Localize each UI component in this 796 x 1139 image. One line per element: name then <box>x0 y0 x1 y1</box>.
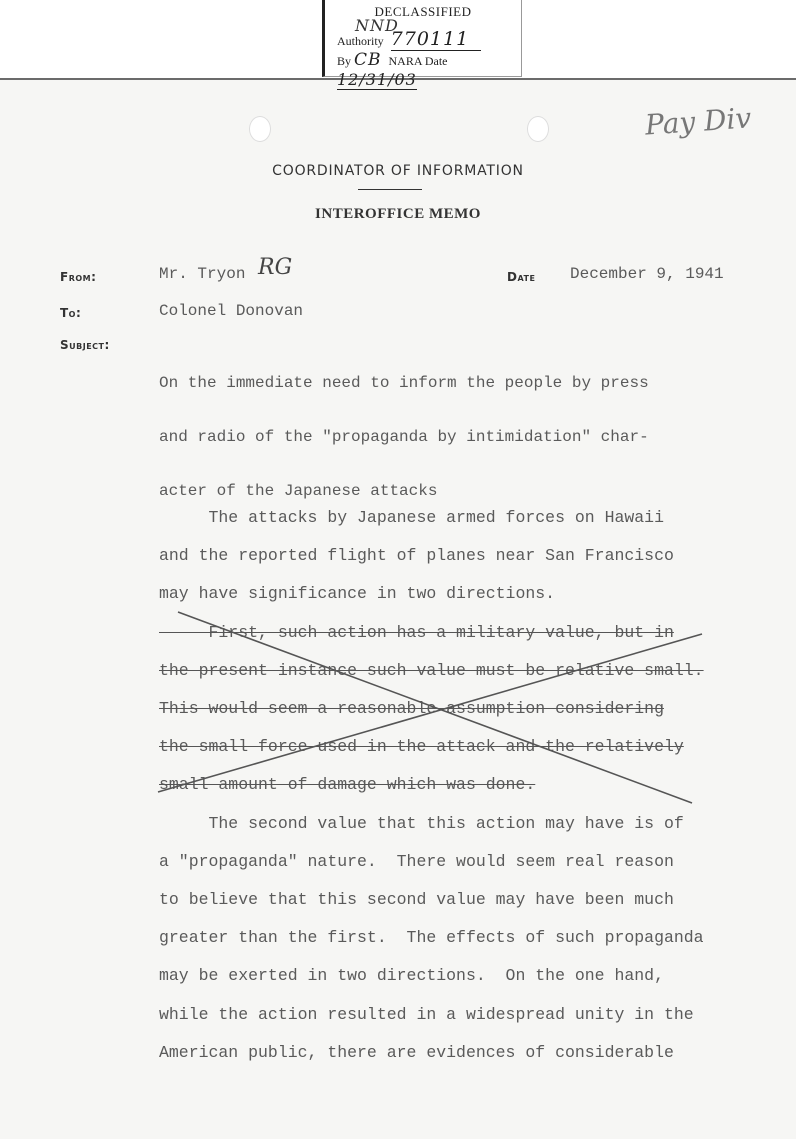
stamp-by-row: By CB NARA Date 12/31/03 <box>337 50 521 90</box>
body-line: may be exerted in two directions. On the… <box>159 966 664 985</box>
subject-line: acter of the Japanese attacks <box>159 482 649 500</box>
to-label: To: <box>60 306 81 320</box>
body-line: The attacks by Japanese armed forces on … <box>159 508 664 527</box>
body-line: greater than the first. The effects of s… <box>159 928 704 947</box>
punch-hole-right <box>527 116 549 142</box>
stamp-nara-date-value: 12/31/03 <box>337 70 417 90</box>
to-value: Colonel Donovan <box>159 302 303 320</box>
struck-body-line: small amount of damage which was done. <box>159 775 535 794</box>
struck-body-line: the present instance such value must be … <box>159 661 704 680</box>
body-line: may have significance in two directions. <box>159 584 555 603</box>
subject-line: and radio of the "propaganda by intimida… <box>159 428 649 446</box>
body-line: a "propaganda" nature. There would seem … <box>159 852 674 871</box>
body-line: and the reported flight of planes near S… <box>159 546 674 565</box>
stamp-authority-label: Authority <box>337 34 384 48</box>
heading-divider <box>358 189 422 190</box>
body-line: to believe that this second value may ha… <box>159 890 674 909</box>
date-value: December 9, 1941 <box>570 265 724 283</box>
stamp-by-initials: CB <box>354 50 382 70</box>
subject-line: On the immediate need to inform the peop… <box>159 374 649 392</box>
struck-body-line: First, such action has a military value,… <box>159 623 674 642</box>
struck-body-line: the small force used in the attack and t… <box>159 737 684 756</box>
punch-hole-left <box>249 116 271 142</box>
body-line: while the action resulted in a widesprea… <box>159 1005 694 1024</box>
struck-body-line: This would seem a reasonable assumption … <box>159 699 664 718</box>
from-label: From: <box>60 270 96 284</box>
memo-type-heading: INTEROFFICE MEMO <box>0 206 796 223</box>
from-initials: RG <box>258 255 292 280</box>
organization-heading: COORDINATOR OF INFORMATION <box>0 163 796 179</box>
subject-text: On the immediate need to inform the peop… <box>159 338 649 518</box>
body-line: American public, there are evidences of … <box>159 1043 674 1062</box>
date-label: Date <box>507 270 535 284</box>
stamp-authority-row: Authority 770111 <box>337 28 481 51</box>
body-line: The second value that this action may ha… <box>159 814 684 833</box>
stamp-nara-date-label: NARA Date <box>389 54 448 68</box>
from-value: Mr. Tryon <box>159 265 245 283</box>
subject-label: Subject: <box>60 338 110 352</box>
stamp-authority-value: 770111 <box>391 28 481 51</box>
declassified-stamp: DECLASSIFIED NND Authority 770111 By CB … <box>322 0 522 77</box>
stamp-by-label: By <box>337 54 351 68</box>
